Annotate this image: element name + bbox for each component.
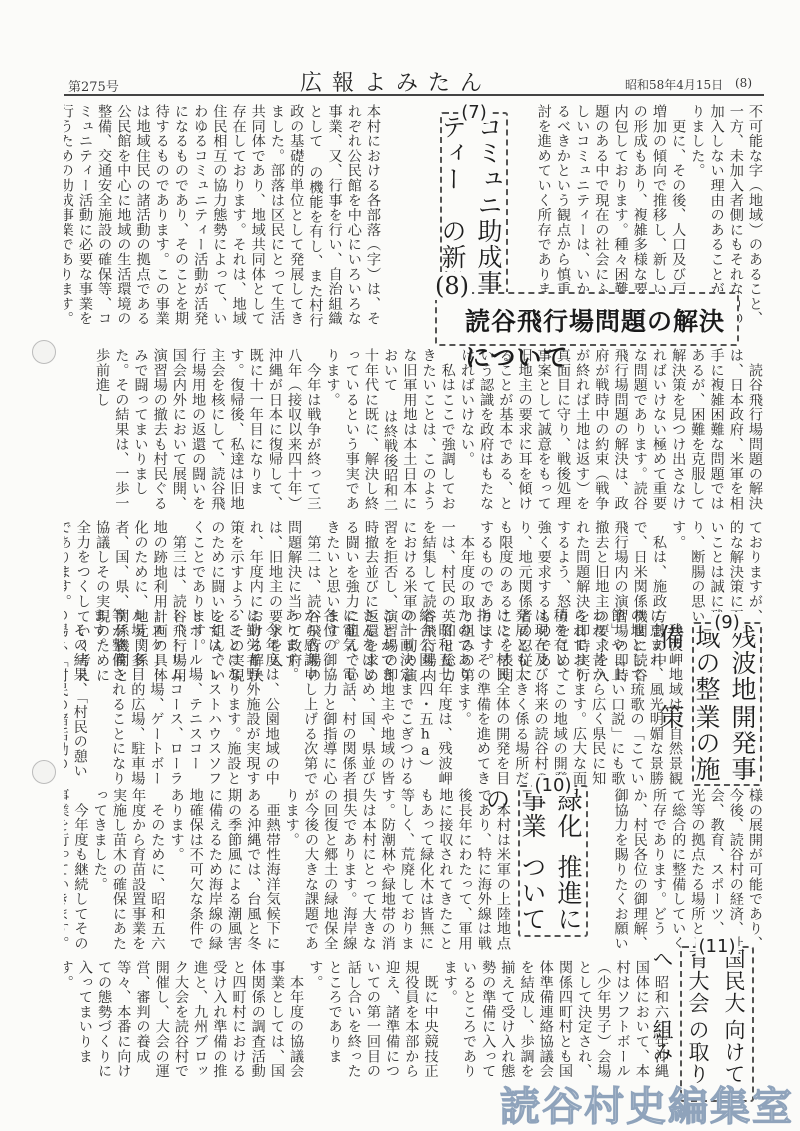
section-10-body: 本村は米軍の上陸地点であり、特に海外線は戦後長年にわたって、軍用地に接収されてき… (64, 788, 512, 953)
section-8-heading: (8) 読谷飛行場問題の解決について (435, 292, 739, 346)
archive-watermark: 読谷村史編集室 (500, 1075, 794, 1131)
section-9-body: 残波岬地域は、自然景観に恵まれ、風光明媚な景勝の地として琉歌の「こてい節」や「上… (64, 608, 684, 788)
section-9-body-cont: 様の展開が可能であり、今後、読谷村の経済、社会、教育、スポーツ、観光等の拠点たる… (612, 788, 764, 958)
section-8-body-a: 読谷飛行場問題の解決は、日本政府、米軍を相手に複雑困難な問題ではあるが、困難を克… (64, 348, 764, 513)
section-7-number: (7) (458, 102, 490, 123)
newsletter-title: 広報よみたん (300, 66, 492, 97)
section-10-heading: (10) 緑化事業の 推進について (518, 785, 588, 937)
issue-number: 第275号 (68, 76, 119, 95)
punch-hole-bottom (32, 760, 56, 784)
header-rule (64, 94, 764, 96)
publication-date: 昭和58年4月15日 (625, 76, 723, 93)
page-number: (8) (735, 76, 752, 90)
section-11-number: (11) (696, 936, 739, 957)
section-10-title-line-2: 推進について (514, 854, 586, 935)
section-9-number: (9) (711, 612, 743, 633)
punch-hole-top (32, 340, 56, 364)
section-10-number: (10) (532, 775, 575, 796)
section-7-title-line-1: コミュニティー (434, 114, 506, 218)
section-11-body: 昭和六二年沖縄国体において、本村はソフトボール（少年男子）会場として決定され、関… (64, 960, 670, 1090)
section-9-heading: (9) 残波地域の整備 開発事業の施策 (692, 622, 762, 786)
section-8-number: (8) (435, 272, 472, 300)
section-7-body: 本村における各部落（字）は、それぞれ公民館を中心にいろいろな事業、又、行事を行い… (64, 104, 382, 330)
